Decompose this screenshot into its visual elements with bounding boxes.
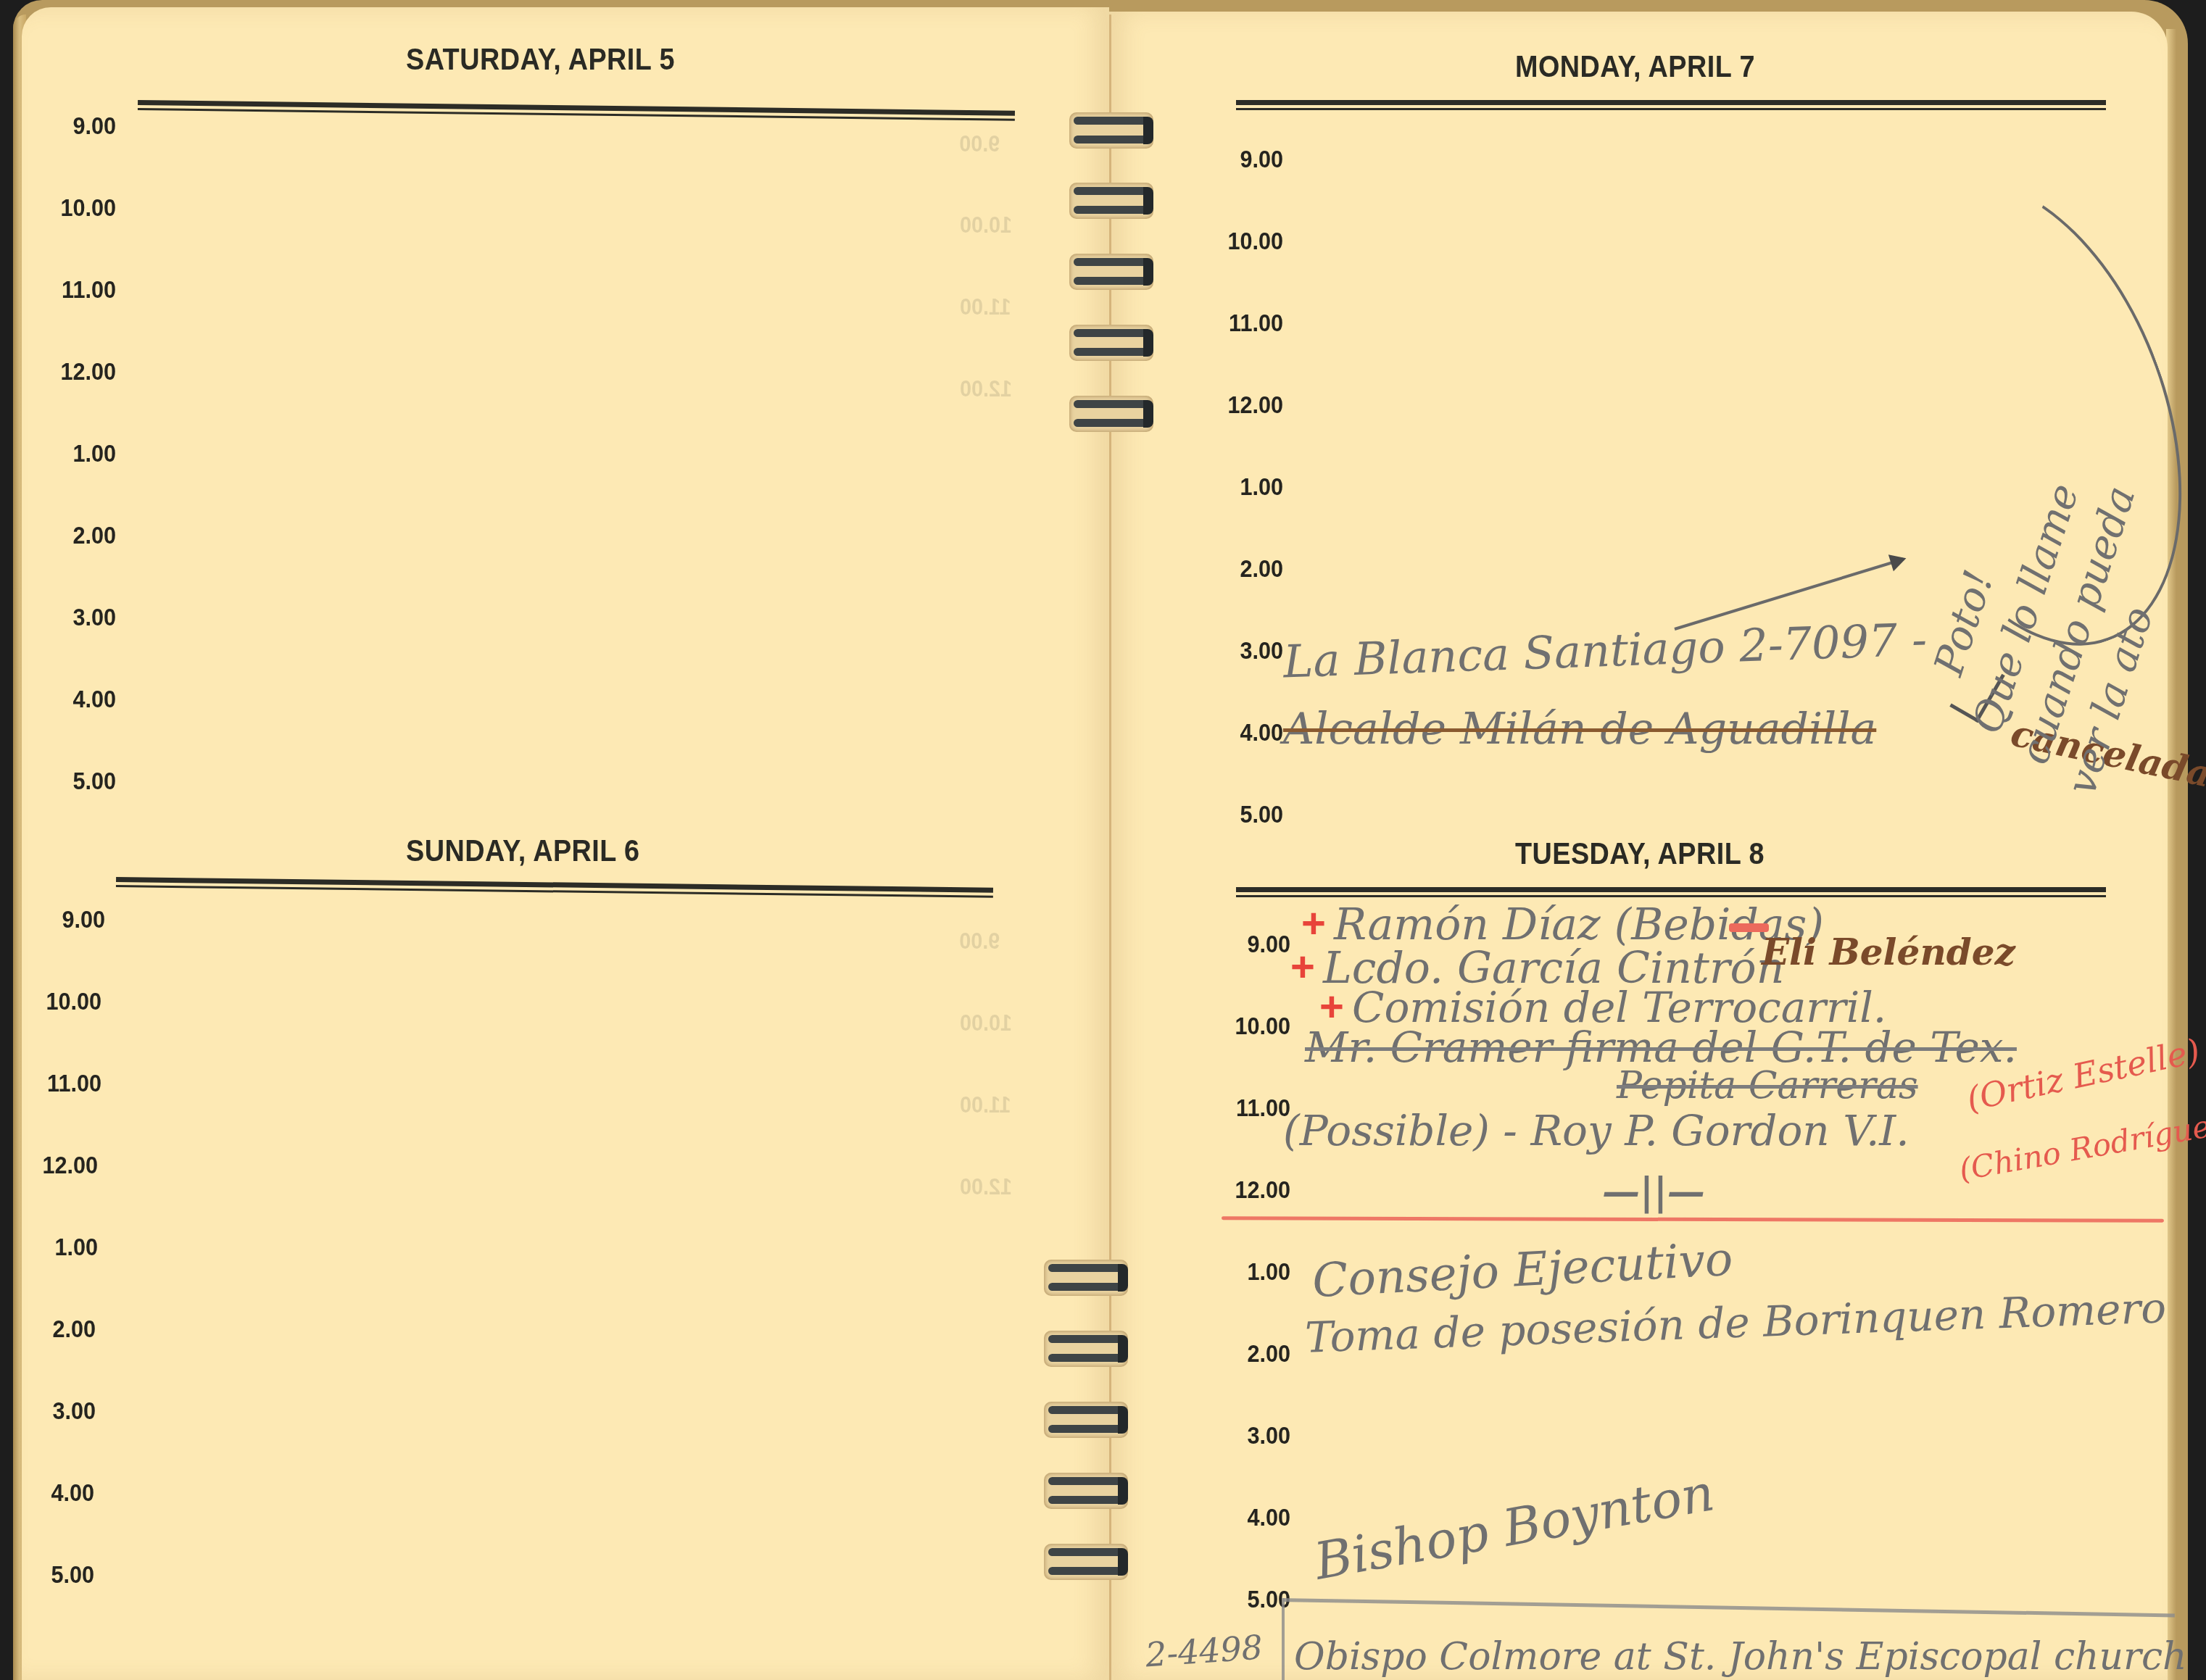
binding-ring [1069,112,1153,149]
time-label: 2.00 [44,522,116,550]
time-label: 11.00 [30,1070,101,1098]
time-label: 2.00 [1211,555,1283,583]
bleed-through-time: 10.00 [960,1010,1012,1036]
time-label: 4.00 [22,1479,94,1508]
entry-alcalde-milan-struck: Alcalde Milán de Aguadilla [1283,704,1876,754]
page-edges-right [2166,29,2176,1680]
day-title-monday: MONDAY, APRIL 7 [1515,49,1755,84]
time-label: 10.00 [30,988,101,1016]
time-label: 9.00 [33,906,105,934]
time-label: 1.00 [1211,473,1283,502]
time-label: 2.00 [24,1315,96,1344]
bleed-through-time: 12.00 [960,1173,1012,1200]
time-label: 9.00 [1211,146,1283,174]
annotation-eli-belendez: Eli Beléndez [1762,931,2015,973]
pencil-box-line [1282,1598,1285,1680]
time-label: 3.00 [24,1397,96,1426]
entry-bishop-boynton: Bishop Boynton [1310,1463,1718,1592]
time-label: 4.00 [44,686,116,714]
day-title-saturday: SATURDAY, APRIL 5 [406,42,675,77]
time-label: 12.00 [26,1152,98,1180]
time-label: 1.00 [44,440,116,468]
day-title-tuesday: TUESDAY, APRIL 8 [1515,836,1765,871]
time-label: 11.00 [1211,309,1283,338]
time-label: 9.00 [44,112,116,141]
bleed-through-time: 9.00 [959,130,1000,157]
phone-number: 2-4498 [1144,1627,1264,1674]
entry-la-blanca-santiago: La Blanca Santiago 2-7097 - [1282,613,1928,689]
time-label: 11.00 [44,276,116,304]
entry-roy-gordon: (Possible) - Roy P. Gordon V.I. [1283,1106,1909,1155]
right-page: MONDAY, APRIL 7 9.00 10.00 11.00 12.00 1… [1109,12,2168,1680]
time-label: 5.00 [1211,801,1283,829]
time-label: 9.00 [1219,931,1290,959]
time-label: 5.00 [1219,1586,1290,1614]
binding-ring [1069,183,1153,219]
bleed-through-time: 12.00 [960,375,1012,402]
time-label: 4.00 [1211,719,1283,747]
time-label: 3.00 [1211,637,1283,665]
time-label: 3.00 [1219,1422,1290,1450]
entry-pepita-carreras-struck: Pepita Carreras [1617,1064,1918,1107]
time-label: 12.00 [1211,391,1283,420]
ditto-mark: —||— [1602,1170,1705,1214]
header-rule [138,100,1015,122]
day-title-sunday: SUNDAY, APRIL 6 [406,833,640,868]
time-label: 1.00 [1219,1258,1290,1286]
red-plus-marker: + [1301,899,1326,948]
binding-ring [1069,254,1153,290]
binding-ring [1044,1331,1128,1367]
bleed-through-time: 11.00 [960,1091,1011,1118]
header-rule [116,877,993,899]
time-label: 1.00 [26,1234,98,1262]
time-label: 5.00 [22,1561,94,1589]
time-label: 11.00 [1219,1094,1290,1123]
bleed-through-time: 10.00 [960,212,1012,238]
left-page: SATURDAY, APRIL 5 9.00 10.00 11.00 12.00… [22,7,1109,1680]
binding-ring [1044,1473,1128,1509]
entry-obispo-colmore: Obispo Colmore at St. John's Episcopal c… [1294,1635,2187,1679]
time-label: 2.00 [1219,1340,1290,1368]
time-label: 10.00 [1211,228,1283,256]
entry-consejo-ejecutivo: Consejo Ejecutivo [1311,1233,1734,1308]
time-label: 5.00 [44,768,116,796]
bleed-through-time: 11.00 [960,294,1011,320]
time-label: 3.00 [44,604,116,632]
bleed-through-time: 9.00 [959,928,1000,955]
time-label: 10.00 [1219,1012,1290,1041]
time-label: 10.00 [44,194,116,223]
header-rule [1236,887,2106,899]
binding-ring [1044,1260,1128,1296]
binding-ring [1069,325,1153,361]
time-label: 12.00 [1219,1176,1290,1205]
binding-ring [1044,1544,1128,1580]
red-plus-marker: + [1290,943,1315,991]
time-label: 4.00 [1219,1504,1290,1532]
binding-ring [1044,1402,1128,1438]
time-label: 12.00 [44,358,116,386]
binding-ring [1069,396,1153,432]
